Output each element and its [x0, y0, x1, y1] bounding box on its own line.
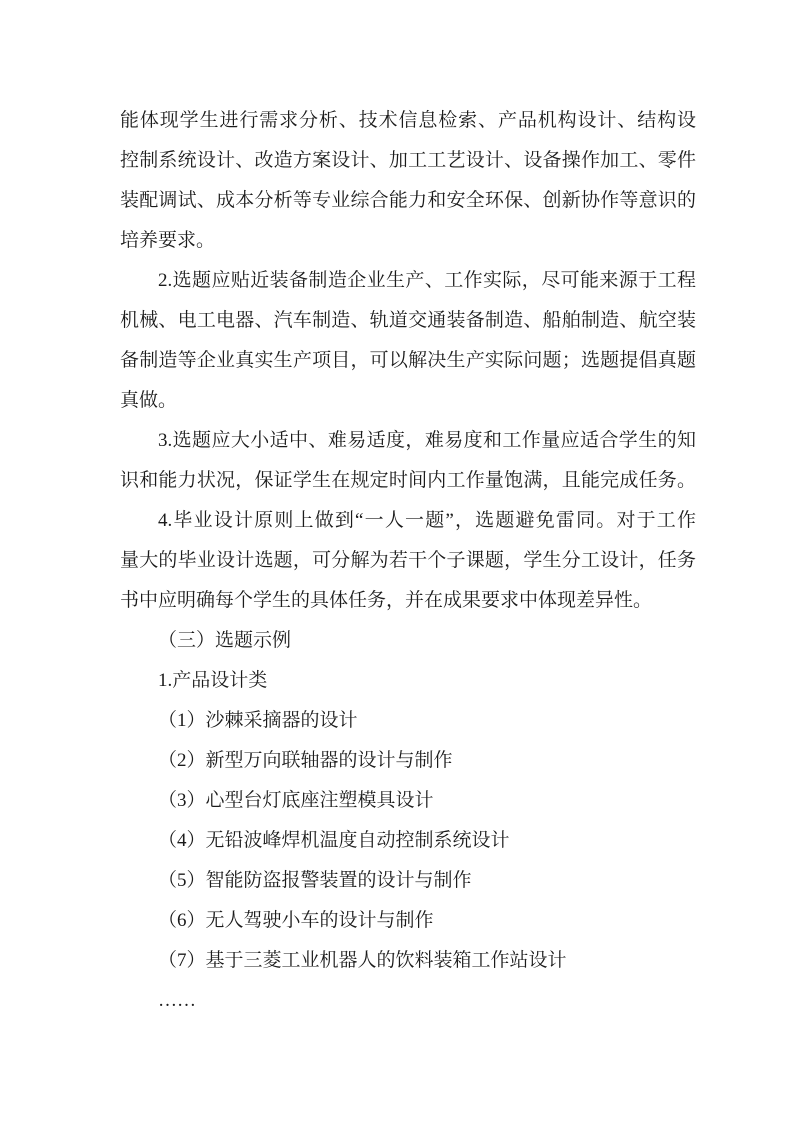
list-item-line: （5）智能防盗报警装置的设计与制作 — [120, 861, 696, 901]
list-item-line: （1）沙棘采摘器的设计 — [120, 701, 696, 741]
body-text-line: 识和能力状况，保证学生在规定时间内工作量饱满，且能完成任务。 — [120, 461, 696, 501]
list-item-line: （3）心型台灯底座注塑模具设计 — [120, 781, 696, 821]
list-item-line: （2）新型万向联轴器的设计与制作 — [120, 741, 696, 781]
body-text-line: 备制造等企业真实生产项目，可以解决生产实际问题；选题提倡真题 — [120, 341, 696, 381]
body-text-line: 培养要求。 — [120, 221, 696, 261]
ellipsis-line: …… — [120, 981, 696, 1021]
body-text-line: 量大的毕业设计选题，可分解为若干个子课题，学生分工设计，任务 — [120, 541, 696, 581]
body-text-line: 书中应明确每个学生的具体任务，并在成果要求中体现差异性。 — [120, 581, 696, 621]
list-item-line: （7）基于三菱工业机器人的饮料装箱工作站设计 — [120, 941, 696, 981]
list-item-line: （6）无人驾驶小车的设计与制作 — [120, 901, 696, 941]
body-text-line: 真做。 — [120, 381, 696, 421]
body-text-line: 能体现学生进行需求分析、技术信息检索、产品机构设计、结构设计、 — [120, 101, 696, 141]
body-text-line: 装配调试、成本分析等专业综合能力和安全环保、创新协作等意识的 — [120, 181, 696, 221]
list-category-line: 1.产品设计类 — [120, 661, 696, 701]
body-text-line: 4.毕业设计原则上做到“一人一题”，选题避免雷同。对于工作 — [120, 501, 696, 541]
body-text-line: 控制系统设计、改造方案设计、加工工艺设计、设备操作加工、零件 — [120, 141, 696, 181]
document-page: 能体现学生进行需求分析、技术信息检索、产品机构设计、结构设计、 控制系统设计、改… — [0, 0, 793, 1122]
section-heading-line: （三）选题示例 — [120, 621, 696, 661]
list-item-line: （4）无铅波峰焊机温度自动控制系统设计 — [120, 821, 696, 861]
document-body: 能体现学生进行需求分析、技术信息检索、产品机构设计、结构设计、 控制系统设计、改… — [120, 101, 696, 1021]
body-text-line: 机械、电工电器、汽车制造、轨道交通装备制造、船舶制造、航空装 — [120, 301, 696, 341]
body-text-line: 3.选题应大小适中、难易适度，难易度和工作量应适合学生的知 — [120, 421, 696, 461]
body-text-line: 2.选题应贴近装备制造企业生产、工作实际，尽可能来源于工程 — [120, 261, 696, 301]
